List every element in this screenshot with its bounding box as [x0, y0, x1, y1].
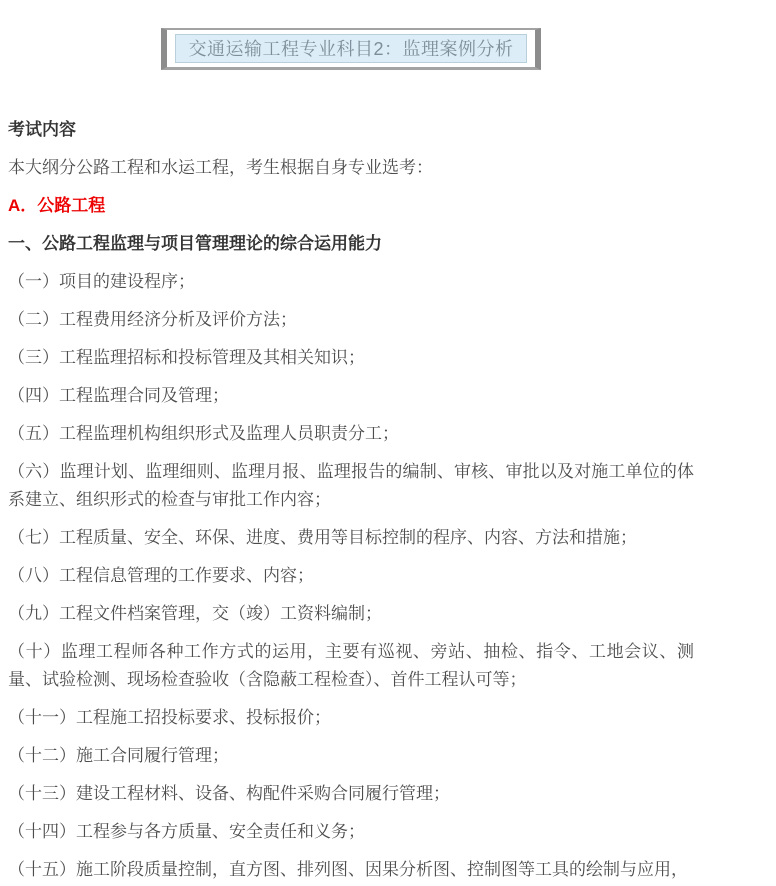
list-item: （十五）施工阶段质量控制，直方图、排列图、因果分析图、控制图等工具的绘制与应用， — [8, 856, 694, 884]
list-item: （八）工程信息管理的工作要求、内容； — [8, 562, 694, 590]
list-item: （四）工程监理合同及管理； — [8, 382, 694, 410]
intro-text: 本大纲分公路工程和水运工程，考生根据自身专业选考： — [8, 154, 694, 182]
list-item: （十）监理工程师各种工作方式的运用，主要有巡视、旁站、抽检、指令、工地会议、测量… — [8, 638, 694, 694]
document-body: 交通运输工程专业科目2：监理案例分析 考试内容 本大纲分公路工程和水运工程，考生… — [8, 28, 694, 884]
list-item: （十四）工程参与各方质量、安全责任和义务； — [8, 818, 694, 846]
list-item: （二）工程费用经济分析及评价方法； — [8, 306, 694, 334]
list-item: （五）工程监理机构组织形式及监理人员职责分工； — [8, 420, 694, 448]
list-item: （一）项目的建设程序； — [8, 268, 694, 296]
list-item: （六）监理计划、监理细则、监理月报、监理报告的编制、审核、审批以及对施工单位的体… — [8, 458, 694, 514]
list-item: （七）工程质量、安全、环保、进度、费用等目标控制的程序、内容、方法和措施； — [8, 524, 694, 552]
page-title-banner: 交通运输工程专业科目2：监理案例分析 — [161, 28, 540, 70]
chapter-heading: 一、公路工程监理与项目管理理论的综合运用能力 — [8, 230, 694, 258]
list-item: （三）工程监理招标和投标管理及其相关知识； — [8, 344, 694, 372]
section-heading: 考试内容 — [8, 116, 694, 144]
list-item: （十一）工程施工招投标要求、投标报价； — [8, 704, 694, 732]
list-item: （十二）施工合同履行管理； — [8, 742, 694, 770]
part-heading: A．公路工程 — [8, 192, 694, 220]
list-item: （十三）建设工程材料、设备、构配件采购合同履行管理； — [8, 780, 694, 808]
list-item: （九）工程文件档案管理，交（竣）工资料编制； — [8, 600, 694, 628]
page-title: 交通运输工程专业科目2：监理案例分析 — [175, 34, 526, 63]
